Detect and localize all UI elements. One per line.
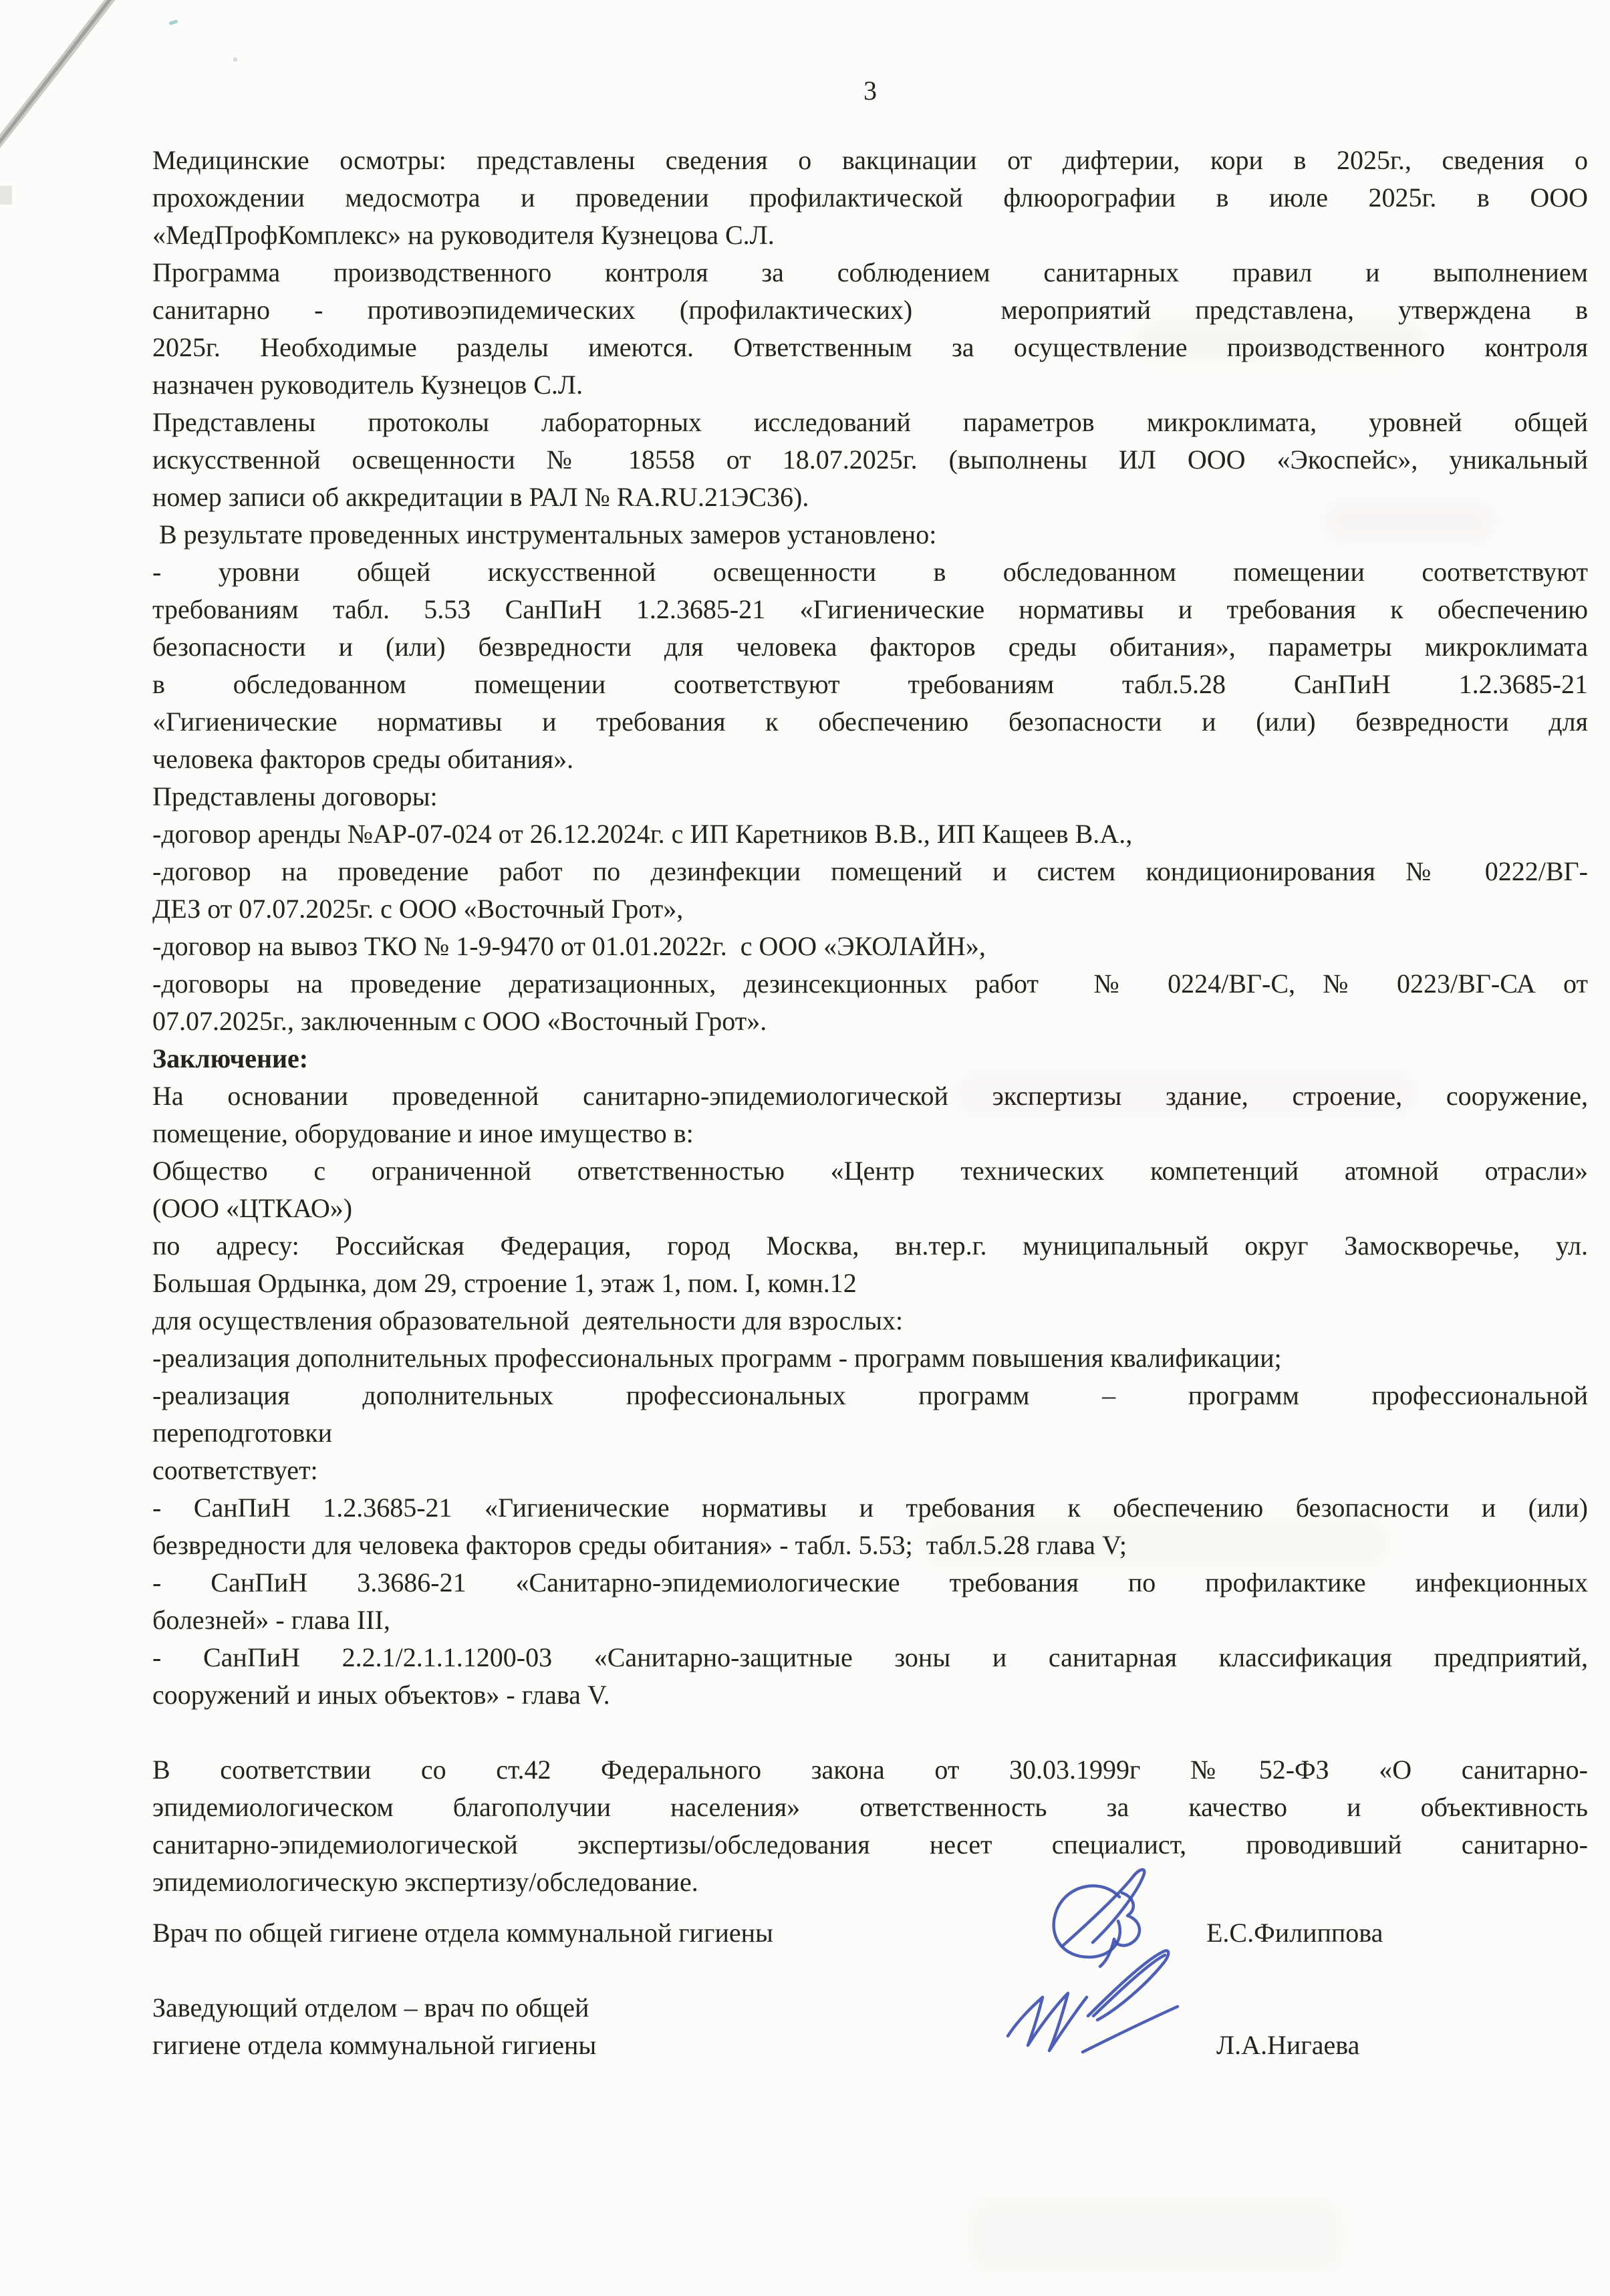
text-line: санитарно-эпидемиологической экспертизы/… — [152, 1826, 1588, 1864]
text-line: «Гигиенические нормативы и требования к … — [152, 703, 1588, 741]
text-line: эпидемиологическую экспертизу/обследован… — [152, 1864, 1588, 1901]
signatory-title: Врач по общей гигиене отдела коммунально… — [152, 1914, 773, 1952]
text-line: -договор на вывоз ТКО № 1-9-9470 от 01.0… — [152, 928, 1588, 965]
text-line: В соответствии со ст.42 Федерального зак… — [152, 1751, 1588, 1789]
text-line: сооружений и иных объектов» - глава V. — [152, 1676, 1588, 1714]
text-line: соответствует: — [152, 1452, 1588, 1489]
text-line: - СанПиН 2.2.1/2.1.1.1200-03 «Санитарно-… — [152, 1639, 1588, 1676]
text-line: Медицинские осмотры: представлены сведен… — [152, 142, 1588, 179]
scan-speck — [0, 186, 12, 205]
text-line: (ООО «ЦТКАО») — [152, 1190, 1588, 1227]
text-line: -договоры на проведение дератизационных,… — [152, 965, 1588, 1003]
signatory-title: Заведующий отделом – врач по общей — [152, 1989, 589, 2027]
text-line: - СанПиН 1.2.3685-21 «Гигиенические норм… — [152, 1489, 1588, 1527]
page-number: 3 — [152, 72, 1588, 110]
text-line: На основании проведенной санитарно-эпиде… — [152, 1077, 1588, 1115]
text-line: безвредности для человека факторов среды… — [152, 1527, 1588, 1564]
text-line: -договор аренды №АР-07-024 от 26.12.2024… — [152, 815, 1588, 853]
text-line: ДЕЗ от 07.07.2025г. с ООО «Восточный Гро… — [152, 890, 1588, 928]
text-line: Представлены договоры: — [152, 778, 1588, 815]
text-line: в обследованном помещении соответствуют … — [152, 666, 1588, 703]
text-line: Программа производственного контроля за … — [152, 254, 1588, 291]
scan-smudge — [969, 2199, 1343, 2273]
scan-speck — [233, 57, 237, 61]
text-line: по адресу: Российская Федерация, город М… — [152, 1227, 1588, 1265]
text-line: номер записи об аккредитации в РАЛ № RA.… — [152, 479, 1588, 516]
text-line: Общество с ограниченной ответственностью… — [152, 1152, 1588, 1190]
scanned-document-page: 3 Медицинские осмотры: представлены свед… — [0, 0, 1610, 2296]
text-line: - СанПиН 3.3686-21 «Санитарно-эпидемиоло… — [152, 1564, 1588, 1602]
signatory-name: Л.А.Нигаева — [1216, 2027, 1359, 2064]
text-line: «МедПрофКомплекс» на руководителя Кузнец… — [152, 217, 1588, 254]
text-line: прохождении медосмотра и проведении проф… — [152, 179, 1588, 217]
document-lines: Медицинские осмотры: представлены сведен… — [152, 142, 1588, 1901]
text-line: искусственной освещенности № 18558 от 18… — [152, 441, 1588, 479]
text-line: - уровни общей искусственной освещенност… — [152, 553, 1588, 591]
text-line: 07.07.2025г., заключенным с ООО «Восточн… — [152, 1003, 1588, 1040]
text-line: 2025г. Необходимые разделы имеются. Отве… — [152, 329, 1588, 366]
text-line: болезней» - глава III, — [152, 1602, 1588, 1639]
signature-icon — [1002, 1946, 1186, 2060]
text-line: переподготовки — [152, 1414, 1588, 1452]
signatory-title: гигиене отдела коммунальной гигиены — [152, 2027, 596, 2064]
signatory-name: Е.С.Филиппова — [1206, 1914, 1383, 1952]
text-line: санитарно - противоэпидемических (профил… — [152, 291, 1588, 329]
text-line: для осуществления образовательной деятел… — [152, 1302, 1588, 1340]
text-line: требованиям табл. 5.53 СанПиН 1.2.3685-2… — [152, 591, 1588, 628]
text-line: безопасности и (или) безвредности для че… — [152, 628, 1588, 666]
text-line: помещение, оборудование и иное имущество… — [152, 1115, 1588, 1152]
text-line: В результате проведенных инструментальны… — [152, 516, 1588, 553]
text-line: эпидемиологическом благополучии населени… — [152, 1789, 1588, 1826]
text-line: -реализация дополнительных профессиональ… — [152, 1377, 1588, 1414]
text-line: -договор на проведение работ по дезинфек… — [152, 853, 1588, 890]
text-line — [152, 1714, 1588, 1751]
conclusion-heading: Заключение: — [152, 1040, 1588, 1077]
text-line: -реализация дополнительных профессиональ… — [152, 1340, 1588, 1377]
text-line: человека факторов среды обитания». — [152, 741, 1588, 778]
text-line: Представлены протоколы лабораторных иссл… — [152, 404, 1588, 441]
text-line: Большая Ордынка, дом 29, строение 1, эта… — [152, 1265, 1588, 1302]
text-line: назначен руководитель Кузнецов С.Л. — [152, 366, 1588, 404]
